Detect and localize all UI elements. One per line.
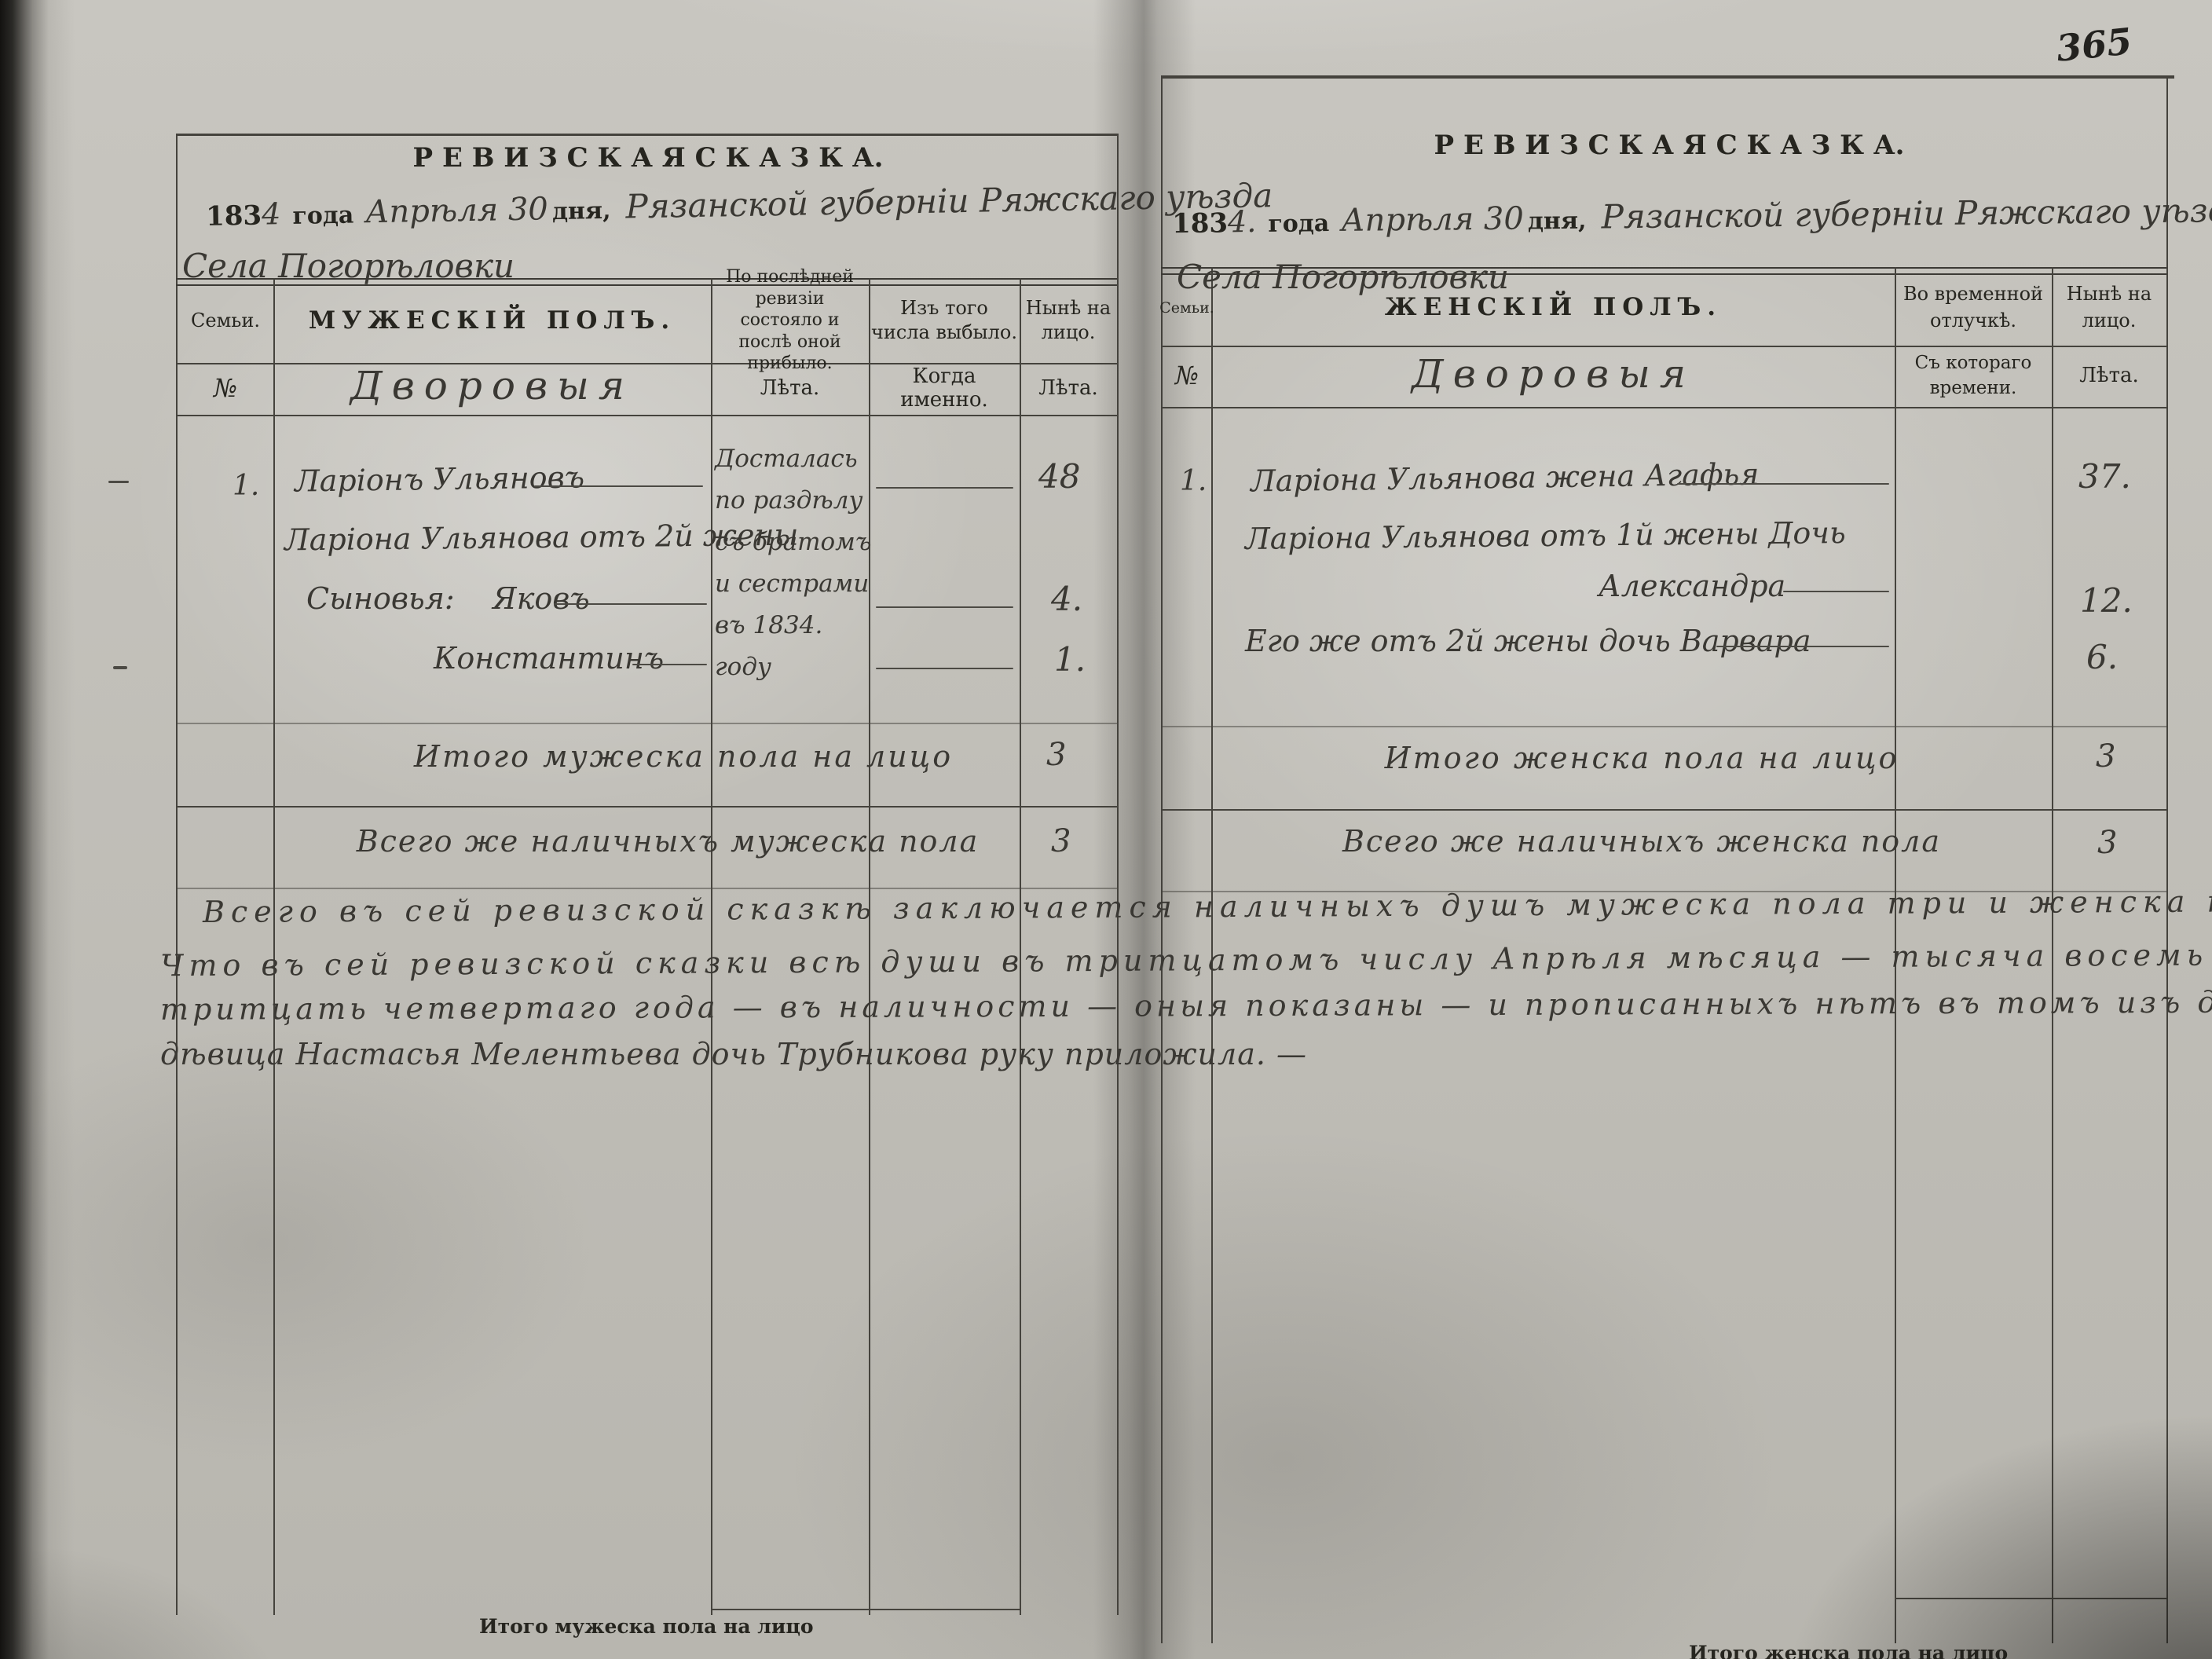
table-frame-line bbox=[1161, 75, 2174, 79]
table-frame-line bbox=[1117, 134, 1119, 1615]
date-year-printed: 183 bbox=[206, 200, 262, 233]
col-header-sex: МУЖЕСКІЙ ПОЛЪ. bbox=[275, 280, 709, 361]
table-frame-line bbox=[176, 134, 1119, 136]
revision-note-line: году bbox=[715, 646, 866, 688]
date-day-word: дня, bbox=[1528, 207, 1587, 236]
closing-line: Что въ сей ревизской сказки всѣ души въ … bbox=[160, 937, 2212, 983]
total-value: 3 bbox=[2096, 738, 2115, 775]
grid-line bbox=[1161, 726, 2166, 727]
col-subheader-since: Съ котораго времени. bbox=[1896, 346, 2050, 405]
revision-note-line: и сестрами bbox=[715, 563, 866, 605]
col-subheader-years-present: Лѣта. bbox=[2053, 346, 2165, 405]
page-number: 365 bbox=[2054, 20, 2133, 70]
col-header-category-handwritten: Дворовыя bbox=[1214, 342, 1893, 405]
grid-line bbox=[176, 888, 1117, 889]
ink-dash bbox=[1716, 646, 1889, 647]
ink-dash bbox=[534, 485, 703, 487]
entry-name: Ларіона Ульянова жена Агафья bbox=[1251, 456, 1760, 498]
col-subheader-years-revision: Лѣта. bbox=[712, 363, 867, 413]
date-line: 1834 года Апрѣля 30 дня, Рязанской губер… bbox=[206, 176, 1273, 233]
col-subheader-years-present: Лѣта. bbox=[1021, 363, 1115, 413]
date-year-printed: 183 bbox=[1172, 207, 1228, 240]
ink-dash bbox=[632, 664, 707, 665]
date-province-handwritten: Рязанской губерніи Ряжскаго уѣзда bbox=[1601, 191, 2212, 236]
revision-note-line: въ 1834. bbox=[715, 605, 866, 646]
ink-dash bbox=[876, 487, 1013, 489]
ink-dash bbox=[876, 668, 1013, 669]
entry-age: 1. bbox=[1054, 640, 1086, 679]
grid-line bbox=[273, 278, 275, 1615]
ink-dash bbox=[876, 606, 1013, 608]
col-header-no: № bbox=[1163, 346, 1211, 405]
grid-line bbox=[176, 723, 1117, 724]
entry-age: 6. bbox=[2086, 638, 2118, 676]
entry-age: 12. bbox=[2080, 581, 2133, 620]
col-header-no: № bbox=[179, 363, 272, 413]
entry-name: Ларіонъ Ульяновъ bbox=[295, 460, 585, 498]
total-value: 3 bbox=[2097, 825, 2117, 861]
total-label: Итого женска пола на лицо bbox=[1382, 738, 1901, 778]
date-day-handwritten: Апрѣля 30 bbox=[365, 191, 548, 230]
col-header-family: Семьи. bbox=[179, 280, 272, 361]
entry-age: 4. bbox=[1051, 580, 1082, 618]
footer-label: Итого мужеска пола на лицо bbox=[479, 1615, 814, 1638]
total-label: Всего же наличныхъ женска пола bbox=[1335, 822, 1948, 861]
grid-line bbox=[711, 1609, 1021, 1610]
col-header-revision: По послѣдней ревизіи состояло и послѣ он… bbox=[712, 280, 867, 361]
col-header-present: Нынѣ на лицо. bbox=[2053, 271, 2165, 344]
entry-name: Александра bbox=[1599, 569, 1785, 603]
ink-dash bbox=[1677, 483, 1889, 485]
margin-mark bbox=[113, 666, 127, 669]
col-subheader-when: Когда именно. bbox=[870, 363, 1018, 413]
entry-age: 48 bbox=[1038, 457, 1080, 496]
closing-line: тритцать четвертаго года — въ наличности… bbox=[160, 984, 2212, 1027]
revision-note: Досталась по раздѣлу съ братомъ и сестра… bbox=[715, 438, 866, 688]
col-header-absence: Во временной отлучкѣ. bbox=[1896, 271, 2050, 344]
col-header-category-handwritten: Дворовыя bbox=[275, 358, 709, 413]
date-line: 1834. года Апрѣля 30 дня, Рязанской губе… bbox=[1172, 191, 2212, 240]
date-day-handwritten: Апрѣля 30 bbox=[1341, 200, 1524, 238]
total-label: Всего же наличныхъ мужеска пола bbox=[306, 822, 1029, 861]
grid-line bbox=[176, 806, 1117, 808]
date-year-handwritten: 4 bbox=[262, 196, 281, 231]
col-header-present: Нынѣ на лицо. bbox=[1021, 280, 1115, 361]
entry-name: Ларіона Ульянова отъ 1й жены Дочь bbox=[1245, 515, 1846, 556]
entry-age: 37. bbox=[2078, 457, 2131, 496]
entry-family-number: 1. bbox=[233, 470, 259, 502]
ink-dash bbox=[554, 603, 707, 605]
entry-name: Сыновья: Яковъ bbox=[306, 581, 590, 616]
grid-line bbox=[1161, 809, 2166, 811]
grid-line bbox=[176, 415, 1117, 416]
entry-family-number: 1. bbox=[1180, 465, 1207, 497]
date-year-handwritten: 4. bbox=[1228, 204, 1257, 239]
revision-note-line: съ братомъ bbox=[715, 522, 866, 563]
grid-line bbox=[1161, 407, 2166, 408]
entry-name: Константинъ bbox=[434, 641, 664, 676]
col-header-sex: ЖЕНСКІЙ ПОЛЪ. bbox=[1214, 269, 1893, 344]
total-label: Итого мужеска пола на лицо bbox=[338, 737, 1029, 776]
footer-label: Итого женска пола на лицо bbox=[1689, 1642, 2008, 1659]
col-header-family: Семьи. bbox=[1163, 271, 1211, 344]
date-year-word: года bbox=[1268, 210, 1329, 238]
revision-note-line: Досталась bbox=[715, 438, 866, 480]
entry-name: Его же отъ 2й жены дочь Варвара bbox=[1245, 624, 1811, 658]
date-day-word: дня, bbox=[552, 197, 611, 225]
table-frame-line bbox=[176, 134, 178, 1615]
date-year-word: года bbox=[292, 202, 353, 230]
closing-line: дѣвица Настасья Мелентьева дочь Трубнико… bbox=[160, 1037, 1307, 1071]
scanned-document: 365 Р Е В И З С К А Я С К А З К А. 1834 … bbox=[0, 0, 2212, 1659]
margin-mark bbox=[108, 481, 129, 483]
revision-note-line: по раздѣлу bbox=[715, 480, 866, 522]
closing-line: Всего въ сей ревизской сказкѣ заключаетс… bbox=[203, 884, 2212, 929]
grid-line bbox=[1895, 1598, 2166, 1599]
page-title: Р Е В И З С К А Я С К А З К А. bbox=[1257, 126, 2082, 165]
total-value: 3 bbox=[1046, 737, 1066, 773]
total-value: 3 bbox=[1051, 823, 1071, 859]
ink-dash bbox=[1783, 591, 1889, 592]
page-title: Р Е В И З С К А Я С К А З К А. bbox=[275, 138, 1021, 178]
table-frame-line bbox=[2166, 75, 2168, 1643]
col-header-departed: Изъ того числа выбыло. bbox=[870, 280, 1018, 361]
